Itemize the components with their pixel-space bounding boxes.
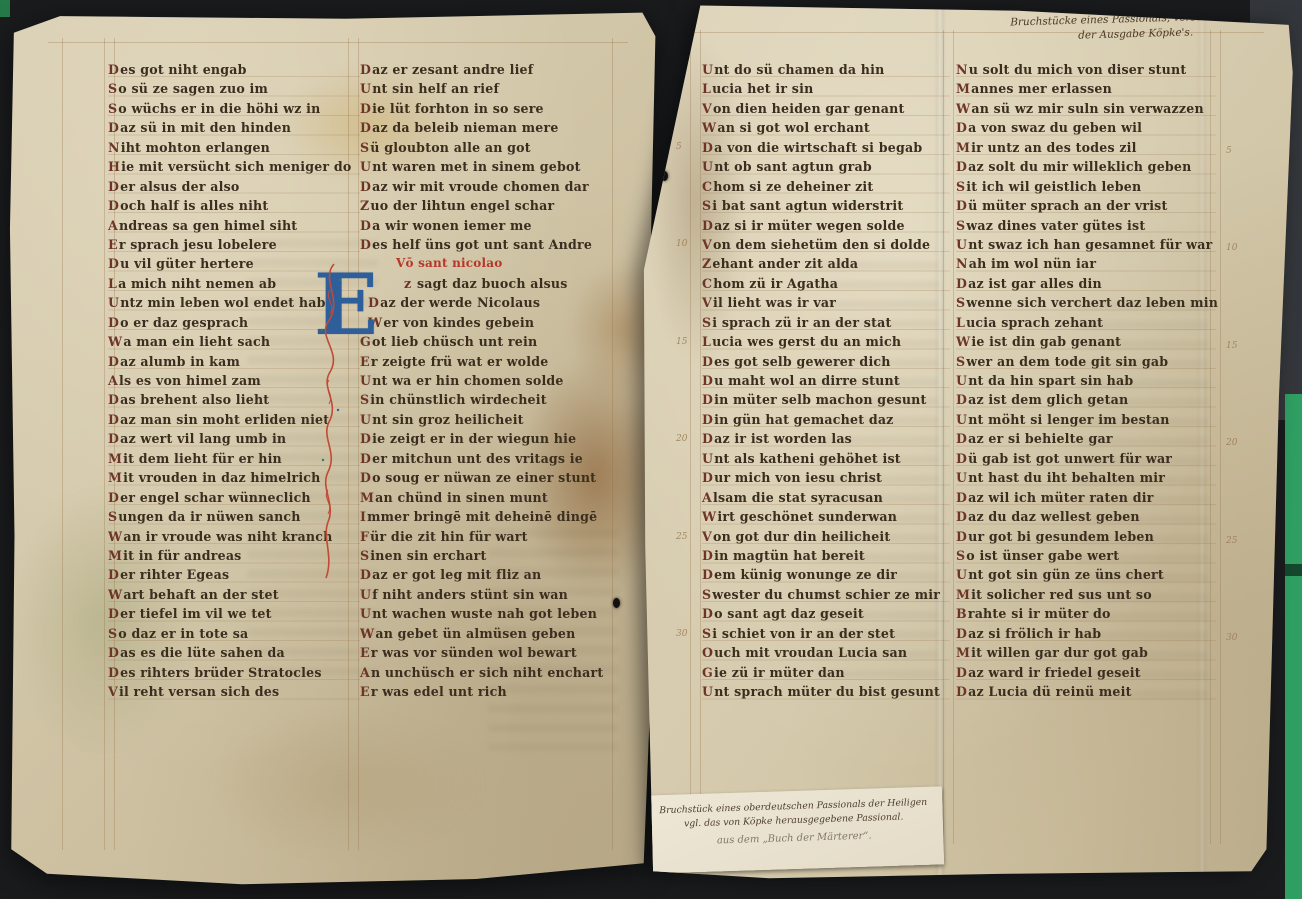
ruling-line (1220, 30, 1221, 844)
verse-line: Lucia wes gerst du an mich (702, 332, 950, 351)
parchment-hole (661, 171, 668, 181)
verse-line: So wüchs er in die höhi wz in (108, 99, 360, 118)
verse-line: Mannes mer erlassen (956, 79, 1216, 98)
line-number: 20 (676, 430, 687, 449)
verse-line: Ouch mit vroudan Lucia san (702, 643, 950, 662)
verse-line: Zuo der lihtun engel schar (360, 196, 622, 215)
verse-line: Dem künig wonunge ze dir (702, 565, 950, 584)
verse-line: Sin chünstlich wirdecheit (360, 390, 622, 409)
line-number: 25 (1226, 532, 1237, 551)
verse-line: Von dem siehetüm den si dolde (702, 235, 950, 254)
verse-line: Unt wachen wuste nah got leben (360, 604, 622, 623)
verse-line: Das es die lüte sahen da (108, 643, 360, 662)
verse-line: Sit ich wil geistlich leben (956, 177, 1216, 196)
verse-line: Daz er got leg mit fliz an (360, 565, 622, 584)
verse-line: Daz si frölich ir hab (956, 624, 1216, 643)
verse-line: Unt als katheni gehöhet ist (702, 449, 950, 468)
catalog-label-pencil-line: aus dem „Buch der Märterer“. (653, 829, 935, 849)
text-column-3: Unt do sü chamen da hinLucia het ir sinV… (702, 60, 950, 701)
verse-line: Mit solicher red sus unt so (956, 585, 1216, 604)
verse-line: Da von die wirtschaft si begab (702, 138, 950, 157)
text-column-2: Daz er zesant andre liefUnt sin helf an … (360, 60, 622, 701)
verse-line: Unt wa er hin chomen solde (360, 371, 622, 390)
line-number: 25 (676, 528, 687, 547)
verse-line: Daz Lucia dü reinü meit (956, 682, 1216, 701)
line-number: 5 (676, 138, 687, 157)
line-number: 30 (676, 625, 687, 644)
archivist-note: Bruchstücke eines Passionals, verschiede… (988, 8, 1284, 46)
ruling-line (700, 30, 701, 844)
line-number: 5 (1226, 142, 1237, 161)
verse-line: Man chünd in sinen munt (360, 488, 622, 507)
verse-line: Er was edel unt rich (360, 682, 622, 701)
text-column-4: Nu solt du mich von diser stuntMannes me… (956, 60, 1216, 701)
verse-line: Dü müter sprach an der vrist (956, 196, 1216, 215)
ruling-line (953, 30, 954, 844)
verse-line: Wie ist din gab genant (956, 332, 1216, 351)
verse-line: Daz er si behielte gar (956, 429, 1216, 448)
verse-line: Daz ward ir friedel geseit (956, 663, 1216, 682)
verse-line: Nah im wol nün iar (956, 254, 1216, 273)
verse-line: Unt da hin spart sin hab (956, 371, 1216, 390)
verse-line: So daz er in tote sa (108, 624, 360, 643)
verse-line: Din magtün hat bereit (702, 546, 950, 565)
verse-line: Niht mohton erlangen (108, 138, 360, 157)
ruling-line (104, 38, 105, 850)
verse-line: Daz der werde Nicolaus (360, 293, 622, 312)
verse-line: Wirt geschönet sunderwan (702, 507, 950, 526)
verse-line: Er sprach jesu lobelere (108, 235, 360, 254)
verse-line: Wer von kindes gebein (360, 313, 622, 332)
verse-line: Die lüt forhton in so sere (360, 99, 622, 118)
verse-line: Daz wir mit vroude chomen dar (360, 177, 622, 196)
verse-line: Unt sprach müter du bist gesunt (702, 682, 950, 701)
verse-line: Do soug er nüwan ze einer stunt (360, 468, 622, 487)
verse-line: Vil reht versan sich des (108, 682, 360, 701)
verse-line: Daz du daz wellest geben (956, 507, 1216, 526)
verse-line: Daz ist dem glich getan (956, 390, 1216, 409)
line-numbers-right: 51015202530 (1226, 142, 1237, 649)
ruling-line (48, 42, 628, 43)
verse-line: Daz da beleib nieman mere (360, 118, 622, 137)
verse-line: Unt do sü chamen da hin (702, 60, 950, 79)
verse-line: Der mitchun unt des vritags ie (360, 449, 622, 468)
verse-line: Si sprach zü ir an der stat (702, 313, 950, 332)
verse-line: Wan sü wz mir suln sin verwazzen (956, 99, 1216, 118)
line-number: 30 (1226, 629, 1237, 648)
verse-line: Unt sin helf an rief (360, 79, 622, 98)
pen-flourish-icon (316, 260, 350, 590)
left-leaf-wrap: Des got niht engabSo sü ze sagen zuo imS… (8, 10, 658, 886)
verse-line: Swenne sich verchert daz leben min (956, 293, 1216, 312)
verse-line: Unt hast du iht behalten mir (956, 468, 1216, 487)
verse-line: Wan gebet ün almüsen geben (360, 624, 622, 643)
verse-line: Lucia het ir sin (702, 79, 950, 98)
verse-line: Sü gloubton alle an got (360, 138, 622, 157)
verse-line: Wan si got wol erchant (702, 118, 950, 137)
verse-line: Von got dur din heilicheit (702, 527, 950, 546)
verse-line: Unt sin groz heilicheit (360, 410, 622, 429)
line-number: 10 (676, 235, 687, 254)
line-number: 15 (676, 333, 687, 352)
verse-line: Chom si ze deheiner zit (702, 177, 950, 196)
verse-line: Si schiet von ir an der stet (702, 624, 950, 643)
verse-line: Zehant ander zit alda (702, 254, 950, 273)
verse-line: Din müter selb machon gesunt (702, 390, 950, 409)
verse-line: Mir untz an des todes zil (956, 138, 1216, 157)
verse-line: So ist ünser gabe wert (956, 546, 1216, 565)
verse-line: Hie mit versücht sich meniger do (108, 157, 360, 176)
ruling-line (690, 30, 691, 844)
verse-line: Swaz dines vater gütes ist (956, 216, 1216, 235)
verse-line: Des helf üns got unt sant Andre (360, 235, 622, 254)
verse-line: Er was vor sünden wol bewart (360, 643, 622, 662)
verse-line: Da von swaz du geben wil (956, 118, 1216, 137)
verse-line: Doch half is alles niht (108, 196, 360, 215)
verse-line: Unt swaz ich han gesamnet für war (956, 235, 1216, 254)
verse-line: Swer an dem tode git sin gab (956, 352, 1216, 371)
verse-line: Unt ob sant agtun grab (702, 157, 950, 176)
verse-line: Immer bringē mit deheinē dingē (360, 507, 622, 526)
verse-line: Dü gab ist got unwert für war (956, 449, 1216, 468)
verse-line: So sü ze sagen zuo im (108, 79, 360, 98)
verse-line: Unt möht si lenger im bestan (956, 410, 1216, 429)
verse-line: Du maht wol an dirre stunt (702, 371, 950, 390)
line-numbers-left: 51015202530 (676, 138, 687, 645)
verse-line: Nu solt du mich von diser stunt (956, 60, 1216, 79)
verse-line: Do sant agt daz geseit (702, 604, 950, 623)
verse-line: Die zeigt er in der wiegun hie (360, 429, 622, 448)
verse-line: Von dien heiden gar genant (702, 99, 950, 118)
verse-line: Daz solt du mir willeklich geben (956, 157, 1216, 176)
verse-line: Daz ist gar alles din (956, 274, 1216, 293)
verse-line: Brahte si ir müter do (956, 604, 1216, 623)
verse-line: Unt got sin gün ze üns chert (956, 565, 1216, 584)
rubric-heading: Vō sant nicolao (360, 254, 622, 273)
verse-line: Chom zü ir Agatha (702, 274, 950, 293)
verse-line: Daz wil ich müter raten dir (956, 488, 1216, 507)
verse-line: Got lieb chüsch unt rein (360, 332, 622, 351)
column-2-upper: Daz er zesant andre liefUnt sin helf an … (360, 60, 622, 254)
line-number: 15 (1226, 337, 1237, 356)
verse-line: Gie zü ir müter dan (702, 663, 950, 682)
verse-line: Andreas sa gen himel siht (108, 216, 360, 235)
verse-line: Din gün hat gemachet daz (702, 410, 950, 429)
line-number: 20 (1226, 434, 1237, 453)
parchment-hole (657, 148, 666, 161)
verse-line: Er zeigte frü wat er wolde (360, 352, 622, 371)
verse-line: Alsam die stat syracusan (702, 488, 950, 507)
column-2-initial-lines: z sagt daz buoch alsusDaz der werde Nico… (360, 274, 622, 332)
verse-line: Daz si ir müter wegen solde (702, 216, 950, 235)
verse-line: Unt waren met in sinem gebot (360, 157, 622, 176)
verse-line: Vil lieht was ir var (702, 293, 950, 312)
verse-line: Sinen sin erchart (360, 546, 622, 565)
manuscript-photo: Des got niht engabSo sü ze sagen zuo imS… (0, 0, 1302, 899)
verse-line: Daz er zesant andre lief (360, 60, 622, 79)
verse-line: Uf niht anders stünt sin wan (360, 585, 622, 604)
verse-line: Swester du chumst schier ze mir (702, 585, 950, 604)
verse-line: Des got niht engab (108, 60, 360, 79)
verse-line: Daz sü in mit den hinden (108, 118, 360, 137)
verse-line: Für die zit hin für wart (360, 527, 622, 546)
verse-line: z sagt daz buoch alsus (360, 274, 622, 293)
catalog-label: Bruchstück eines oberdeutschen Passional… (644, 786, 944, 873)
column-2-lower: Got lieb chüsch unt reinEr zeigte frü wa… (360, 332, 622, 701)
verse-line: An unchüsch er sich niht enchart (360, 663, 622, 682)
verse-line: Mit willen gar dur got gab (956, 643, 1216, 662)
parchment-leaf-right: Unt do sü chamen da hinLucia het ir sinV… (638, 2, 1294, 880)
verse-line: Des rihters brüder Stratocles (108, 663, 360, 682)
line-number: 10 (1226, 239, 1237, 258)
verse-line: Daz ir ist worden las (702, 429, 950, 448)
verse-line: Si bat sant agtun widerstrit (702, 196, 950, 215)
parchment-leaf-left: Des got niht engabSo sü ze sagen zuo imS… (8, 10, 658, 886)
right-leaf-wrap: Unt do sü chamen da hinLucia het ir sinV… (638, 2, 1294, 880)
verse-line: Dur mich von iesu christ (702, 468, 950, 487)
verse-line: Des got selb gewerer dich (702, 352, 950, 371)
ruling-line (62, 38, 63, 850)
verse-line: Da wir wonen iemer me (360, 216, 622, 235)
verse-line: Der alsus der also (108, 177, 360, 196)
verse-line: Der tiefel im vil we tet (108, 604, 360, 623)
verse-line: Lucia sprach zehant (956, 313, 1216, 332)
verse-line: Dur got bi gesundem leben (956, 527, 1216, 546)
